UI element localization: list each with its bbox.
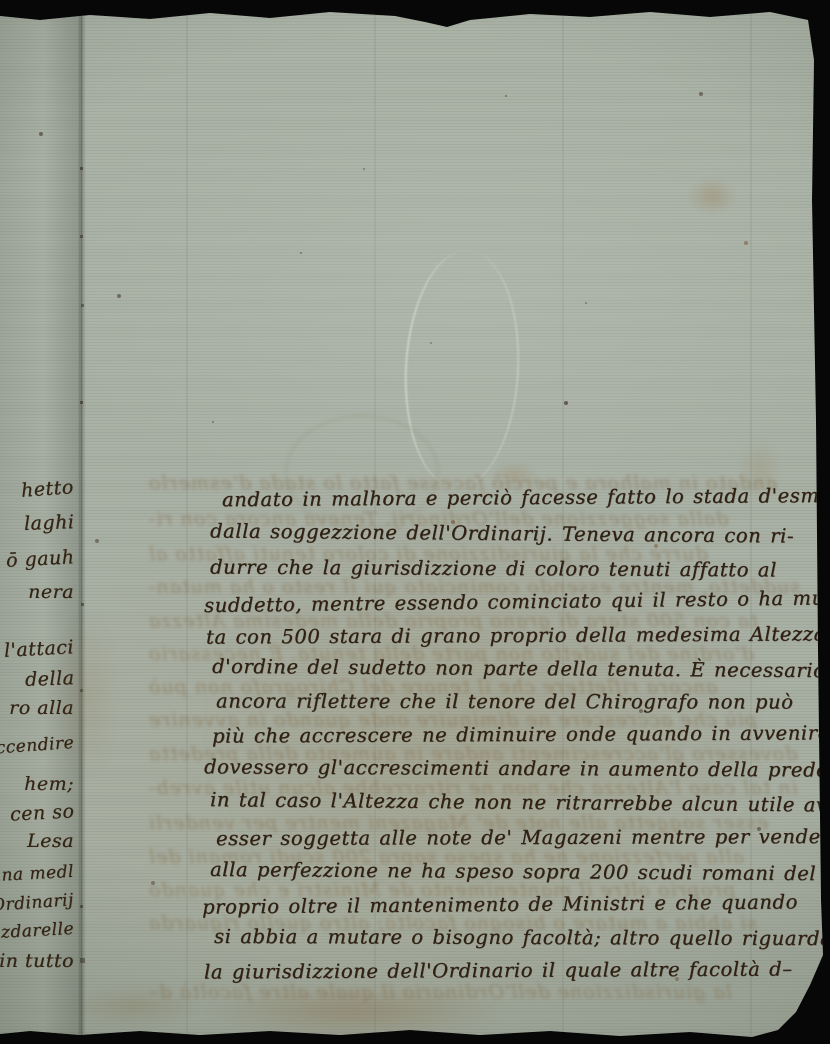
left-fragment: Ordinarij [0, 890, 75, 916]
foxing-specks [0, 0, 2, 2]
left-fragment: ō gauh [5, 546, 75, 572]
text-line: si abbia a mutare o bisogno facoltà; alt… [214, 925, 830, 950]
show-through-line: la giurisdizzione dell'Ordinario il qual… [148, 981, 732, 1003]
left-fragment: nera [28, 581, 74, 603]
gutter-specks [81, 0, 82, 1]
text-line: più che accrescere ne diminuire onde qua… [212, 721, 830, 747]
gutter-fold [78, 0, 86, 1044]
left-fragment: izdarelle [0, 919, 74, 943]
left-fragment: hem; [24, 773, 74, 795]
stain-left-mid [56, 610, 120, 780]
stain-right-upper [688, 178, 736, 214]
left-fragment: cen so [9, 800, 74, 825]
text-line: dovessero gl'accrescimenti andare in aum… [204, 755, 830, 781]
text-line: d'ordine del sudetto non parte della ten… [212, 655, 826, 682]
left-fragment: hetto [21, 476, 75, 502]
text-line: andato in malhora e perciò facesse fatto… [222, 484, 830, 511]
manuscript-page: hetto laghi ō gauh nera l'attaci della r… [0, 0, 830, 1044]
left-fragment: Lesa [27, 830, 74, 852]
left-fragment: in tutto [0, 950, 74, 972]
text-line: durre che la giurisdizzione di coloro te… [210, 556, 777, 582]
left-fragment: una medl [0, 862, 74, 886]
text-line: ta con 500 stara di grano proprio della … [206, 622, 826, 648]
photo-backdrop: hetto laghi ō gauh nera l'attaci della r… [0, 0, 830, 1044]
previous-page-edge: hetto laghi ō gauh nera l'attaci della r… [0, 0, 80, 1044]
text-line: ancora riflettere che il tenore del Chir… [216, 689, 794, 713]
text-line: la giurisdizzione dell'Ordinario il qual… [204, 957, 793, 983]
left-fragment: laghi [23, 511, 74, 535]
text-line: esser soggetta alle note de' Magazeni me… [216, 825, 830, 850]
text-line: alla perfezzione ne ha speso sopra 200 s… [210, 858, 816, 885]
